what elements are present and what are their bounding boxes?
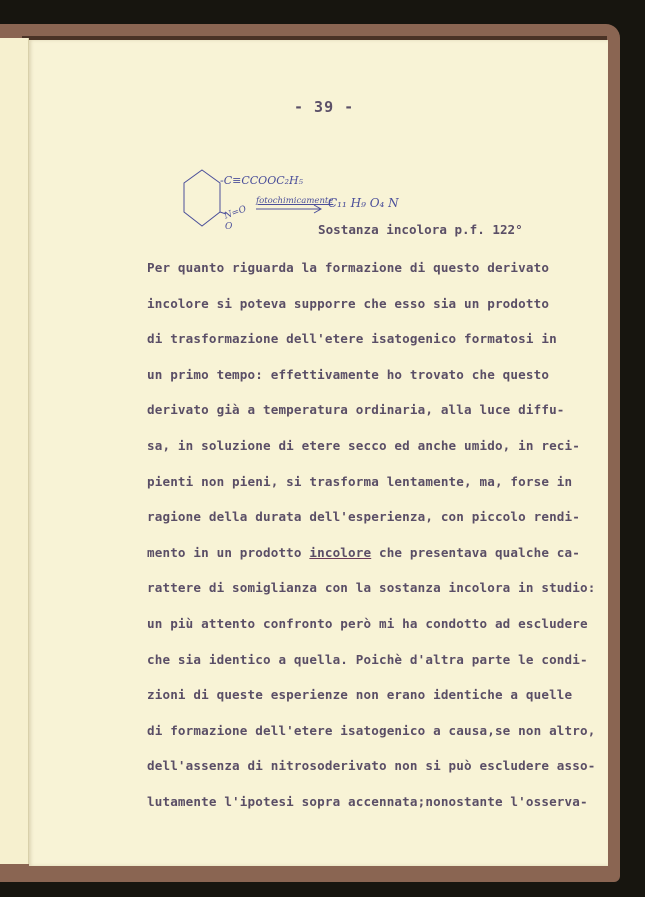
text-line: incolore si poteva supporre che esso sia…: [147, 292, 587, 328]
reaction-arrow-icon: [256, 204, 326, 214]
left-page-edge: [0, 38, 29, 864]
text-line: zioni di queste esperienze non erano ide…: [147, 683, 587, 719]
text-line: sa, in soluzione di etere secco ed anche…: [147, 434, 587, 470]
text-line: pienti non pieni, si trasforma lentament…: [147, 470, 587, 506]
text-line: lutamente l'ipotesi sopra accennata;nono…: [147, 790, 587, 826]
text-line: di trasformazione dell'etere isatogenico…: [147, 327, 587, 363]
underlined-word: incolore: [309, 545, 371, 560]
section-subtitle: Sostanza incolora p.f. 122°: [318, 222, 523, 237]
text-line: mento in un prodotto incolore che presen…: [147, 541, 587, 577]
reactant-formula: -C≡CCOOC₂H₅: [220, 174, 303, 187]
text-line: che sia identico a quella. Poichè d'altr…: [147, 648, 587, 684]
text-line: Per quanto riguarda la formazione di que…: [147, 256, 587, 292]
page-number: - 39 -: [294, 98, 354, 116]
text-segment: che presentava qualche ca-: [371, 545, 580, 560]
body-paragraph: Per quanto riguarda la formazione di que…: [147, 256, 587, 826]
text-line: ragione della durata dell'esperienza, co…: [147, 505, 587, 541]
text-line: un più attento confronto però mi ha cond…: [147, 612, 587, 648]
text-line: di formazione dell'etere isatogenico a c…: [147, 719, 587, 755]
text-line: derivato già a temperatura ordinaria, al…: [147, 398, 587, 434]
text-line: dell'assenza di nitrosoderivato non si p…: [147, 754, 587, 790]
nitro-oxygen-label: O: [225, 222, 232, 232]
text-line: rattere di somiglianza con la sostanza i…: [147, 576, 587, 612]
text-line: un primo tempo: effettivamente ho trovat…: [147, 363, 587, 399]
product-formula: C₁₁ H₉ O₄ N: [328, 196, 399, 210]
text-segment: mento in un prodotto: [147, 545, 309, 560]
